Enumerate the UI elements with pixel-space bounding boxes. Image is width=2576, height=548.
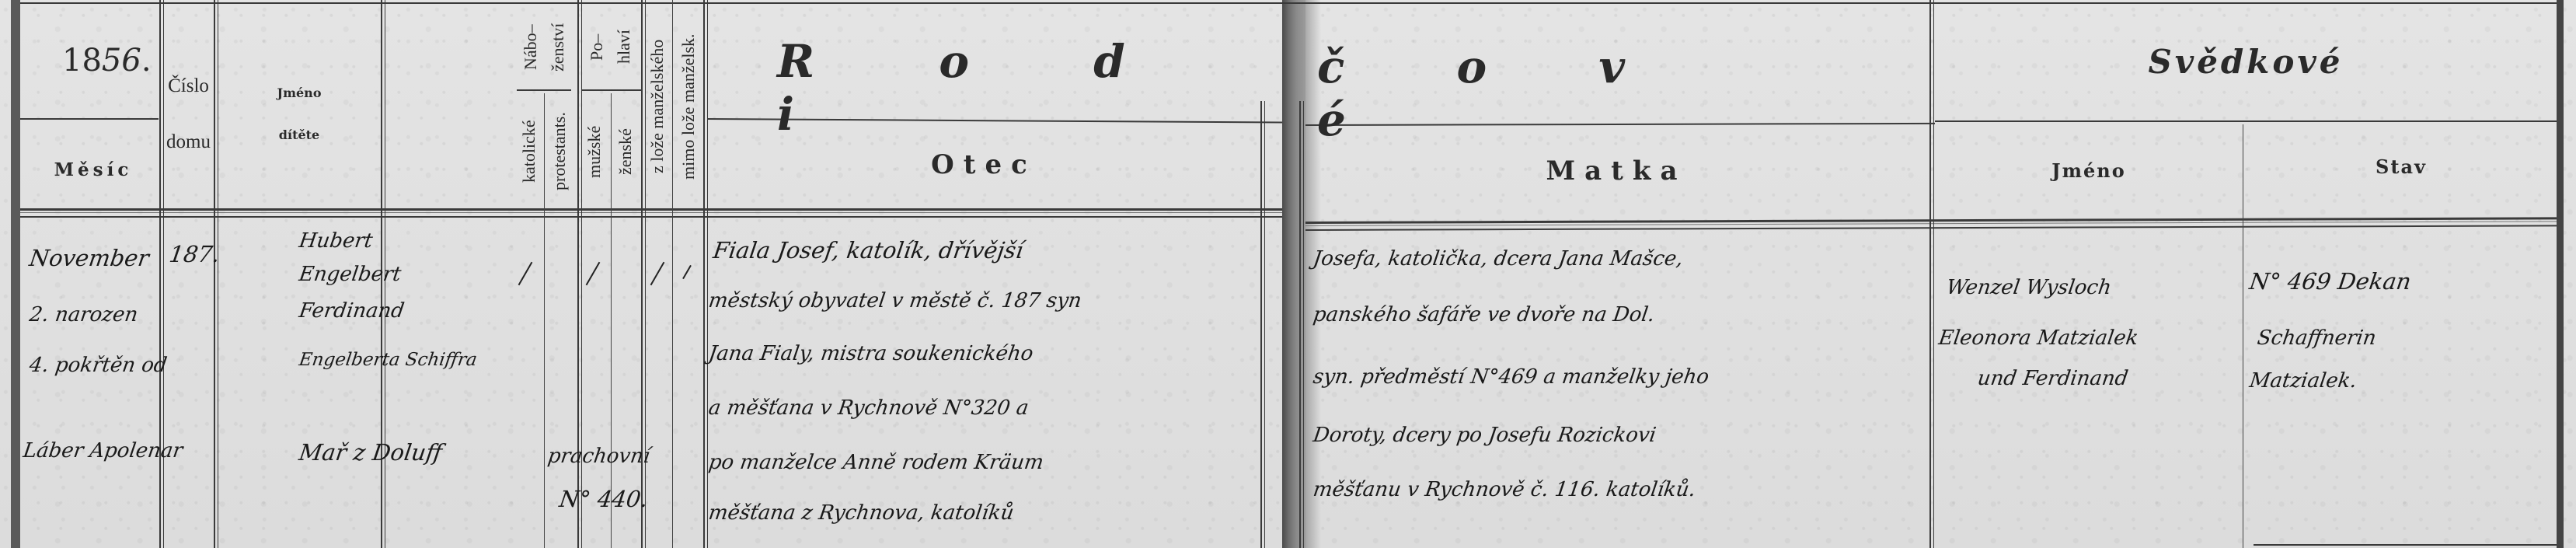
col-line-father-right	[1260, 101, 1262, 548]
child-name-header: Jméno dítěte	[218, 86, 381, 142]
entry-godparent-note: Engelberta Schiffra	[298, 350, 478, 370]
legitimate-header: z lože manželského	[647, 6, 668, 207]
year-header: 1856.	[62, 43, 152, 79]
right-page-edge	[2557, 0, 2564, 548]
sex-header-2: hlaví	[614, 6, 634, 88]
sex-separator	[581, 89, 641, 91]
entry-month: November	[28, 245, 151, 271]
witness-name-2: Eleonora Matzialek	[1937, 326, 2140, 350]
male-mark	[586, 262, 601, 285]
religion-header-2: ženství	[548, 6, 568, 88]
entry-child-name-3: Ferdinand	[298, 299, 406, 323]
witness-name-header: Jméno	[1935, 159, 2243, 182]
witnesses-header: Svědkové	[1935, 43, 2557, 81]
religion-catholic-header: katolické	[519, 97, 539, 206]
mother-line-4: Doroty, dcery po Josefu Rozickovi	[1312, 424, 1657, 447]
col-line-religion-split	[544, 93, 545, 548]
parents-title-left: R o d i	[777, 35, 1259, 141]
year-separator	[20, 118, 159, 120]
left-page-edge	[11, 0, 20, 548]
religion-separator	[517, 89, 571, 91]
month-header: Měsíc	[31, 159, 155, 180]
father-line-1: Fiala Josef, katolík, dřívější	[712, 237, 1025, 264]
col-line-witness-split	[2243, 124, 2243, 548]
witness-name-1: Wenzel Wysloch	[1945, 276, 2113, 299]
col-line-house	[214, 0, 215, 548]
witness-status-header: Stav	[2246, 155, 2557, 178]
witness-name-3: und Ferdinand	[1976, 367, 2130, 390]
entry-baptized-by: Láber Apolenar	[22, 439, 184, 462]
entry-house-number: 187.	[168, 241, 221, 267]
father-line-5: po manželce Anně rodem Kräum	[707, 451, 1045, 474]
header-rule-left	[20, 208, 1282, 218]
father-line-3: Jana Fialy, mistra soukenického	[707, 342, 1035, 365]
catholic-mark	[518, 262, 533, 285]
col-line-mother-left	[1299, 101, 1301, 548]
sex-female-header: ženské	[615, 97, 636, 206]
top-border	[20, 2, 2557, 4]
entry-baptism-date: 4. pokřtěn od	[28, 354, 169, 377]
illegitimate-header: mimo lože manželsk.	[678, 6, 699, 207]
col-line-month	[159, 0, 161, 548]
mother-line-1: Josefa, katolička, dcera Jana Mašce,	[1312, 247, 1685, 271]
entry-priest: Mař z Doluff	[298, 439, 444, 466]
mother-header: Matka	[1305, 155, 1927, 187]
house-number-header: Číslo domu	[163, 74, 214, 155]
book-gutter	[1282, 0, 1305, 548]
witnesses-separator	[1935, 120, 2557, 122]
father-line-4: a měšťana v Rychnově N°320 a	[707, 396, 1030, 420]
col-line-mother-right	[1929, 0, 1931, 548]
mother-line-5: měšťanu v Rychnově č. 116. katolíků.	[1312, 478, 1697, 501]
mother-line-2: panského šafáře ve dvoře na Dol.	[1312, 303, 1656, 326]
register-spread: 1856. Měsíc Číslo domu Jméno dítěte Nábo…	[0, 0, 2576, 548]
mother-line-3: syn. předměstí N°469 a manželky jeho	[1312, 365, 1710, 389]
witness-status-1: N° 469 Dekan	[2248, 268, 2413, 295]
father-line-2: městský obyvatel v městě č. 187 syn	[707, 289, 1083, 312]
illegitimate-mark	[682, 265, 692, 279]
midwife-note: prachovní	[546, 445, 652, 468]
sex-header-1: Po–	[587, 6, 607, 88]
bottom-rule-right	[2254, 544, 2557, 546]
year-handwritten: 56	[102, 43, 141, 79]
religion-protestant-header: protestants.	[549, 97, 570, 206]
father-line-6: měšťana z Rychnova, katolíků	[707, 501, 1016, 525]
legitimate-mark	[650, 262, 665, 285]
witness-status-3: Matzialek.	[2248, 369, 2358, 393]
parents-title-right: č o v é	[1317, 40, 1721, 146]
entry-child-name-1: Hubert	[298, 229, 375, 253]
sex-male-header: mužské	[584, 97, 605, 206]
religion-header-1: Nábo–	[521, 6, 541, 88]
col-line-legitimacy-split	[672, 0, 673, 548]
midwife-number: N° 440.	[558, 486, 650, 512]
witness-status-2: Schaffnerin	[2256, 326, 2378, 350]
entry-born-date: 2. narozen	[28, 303, 139, 326]
entry-child-name-2: Engelbert	[298, 263, 403, 286]
col-line-legitimacy	[703, 0, 705, 548]
father-header: Otec	[707, 149, 1260, 180]
col-line-sex-split	[611, 93, 612, 548]
